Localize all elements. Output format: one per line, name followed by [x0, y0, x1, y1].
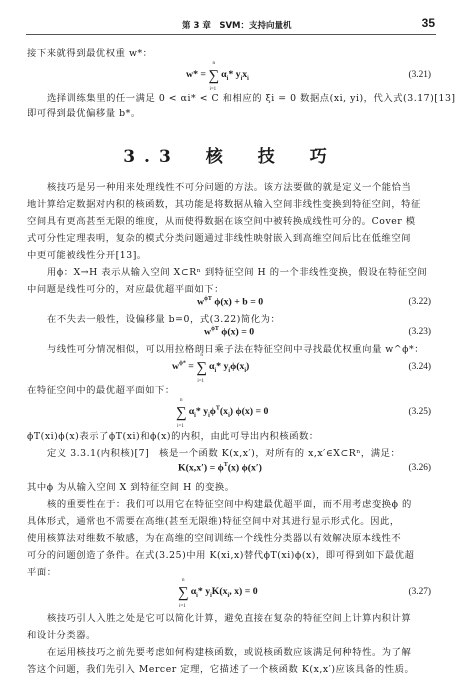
equation-3-23: wϕT ϕ(x) = 0 — [204, 326, 254, 337]
text-line: 核的重要性在于：我们可以用它在特征空间中构建最优超平面，而不用考虑变换ϕ 的 — [47, 496, 412, 510]
text-line: 即可得到最优偏移量 b*。 — [27, 105, 141, 119]
definition-line: 定义 3.3.1(内积核)[7] 核是一个函数 K(x,x′)，对所有的 x,x… — [47, 445, 400, 459]
text-line: 可分的问题创造了条件。在式(3.25)中用 K(xi,x)替代ϕT(xi)ϕ(x… — [27, 547, 414, 561]
equation-number: (3.22) — [409, 297, 431, 307]
equation-number: (3.21) — [409, 70, 431, 80]
header-rule — [26, 34, 436, 35]
equation-3-26: K(x,x′) = ϕT(x) ϕ(x′) — [178, 462, 262, 473]
text-line: 用ϕ：X→H 表示从输入空间 X⊂Rⁿ 到特征空间 H 的一个非线性变换，假设在… — [47, 264, 427, 278]
text-line: 地计算给定数据对内积的核函数，其功能是将数据从输入空间非线性变换到特征空间，特征 — [27, 196, 421, 210]
equation-3-27: ∑ni=1αi* yiK(xi, x) = 0 — [178, 585, 258, 602]
text-line: 中问题是线性可分的，对应最优超平面如下： — [27, 281, 224, 295]
text-line: 式可分性定理表明，复杂的模式分类问题通过非线性映射嵌入到高维空间后比在低维空间 — [27, 230, 411, 244]
text-line: 与线性可分情况相似，可以用拉格朗日乘子法在特征空间中寻找最优权重向量 w^ϕ*： — [47, 341, 424, 355]
equation-3-22: wϕT ϕ(x) + b = 0 — [197, 296, 263, 307]
text-line: 接下来就得到最优权重 w*： — [27, 45, 153, 59]
equation-number: (3.27) — [409, 587, 431, 597]
sigma-symbol: ∑ni=1 — [208, 68, 219, 85]
text-line: 空间具有更高甚至无限的维度，从而使得数据在该空间中被转换成线性可分的。Cover… — [27, 213, 416, 227]
equation-3-24: wϕ* = ∑ni=1αi* yiϕ(xi) — [172, 360, 249, 377]
text-line: 在不失去一般性，设偏移量 b=0，式(3.22)简化为： — [47, 311, 280, 325]
text-line: 中更可能被线性分开[13]。 — [27, 247, 147, 261]
text-line: 在特征空间中的最优超平面如下： — [27, 382, 175, 396]
equation-number: (3.23) — [409, 327, 431, 337]
page-number: 35 — [422, 16, 435, 30]
sigma-symbol: ∑ni=1 — [176, 405, 187, 422]
equation-number: (3.24) — [409, 362, 431, 372]
text-line: 选择训练集里的任一满足 0 < αi* < C 和相应的 ξi = 0 数据点(… — [47, 90, 456, 104]
sigma-symbol: ∑ni=1 — [196, 360, 207, 377]
text-line: ϕT(xi)ϕ(x)表示了ϕT(xi)和ϕ(x)的内积，由此可导出内积核函数： — [27, 428, 319, 442]
equation-number: (3.25) — [409, 407, 431, 417]
equation-3-25: ∑ni=1αi* yiϕT(xi) ϕ(x) = 0 — [176, 405, 268, 422]
text-line: 和设计分类器。 — [27, 627, 96, 641]
text-line: 其中ϕ 为从输入空间 X 到特征空间 H 的变换。 — [27, 479, 235, 493]
sigma-symbol: ∑ni=1 — [178, 585, 189, 602]
equation-number: (3.26) — [409, 463, 431, 473]
text-line: 核技巧引人入胜之处是它可以简化计算，避免直接在复杂的特征空间上计算内积计算 — [47, 610, 411, 624]
text-line: 平面： — [27, 564, 57, 578]
text-line: 核技巧是另一种用来处理线性不可分问题的方法。该方法要做的就是定义一个能恰当 — [47, 179, 411, 193]
equation-3-21: w* = ∑ni=1αi* yixi — [186, 68, 249, 85]
text-line: 具体形式，通常也不需要在高维(甚至无限维)特征空间中对其进行显示形式化。因此， — [27, 513, 400, 527]
chapter-title: 第 3 章 SVM：支持向量机 — [182, 19, 292, 31]
text-line: 使用核算法对维数不敏感，为在高维的空间训练一个线性分类器以有效解决原本线性不 — [27, 530, 401, 544]
section-title: 3.3 核 技 巧 — [0, 142, 459, 167]
text-line: 在运用核技巧之前先要考虑如何构建核函数，或说核函数应该满足何种特性。为了解 — [47, 644, 411, 658]
text-line: 答这个问题，我们先引入 Mercer 定理，它描述了一个核函数 K(x,x′)应… — [27, 661, 414, 675]
